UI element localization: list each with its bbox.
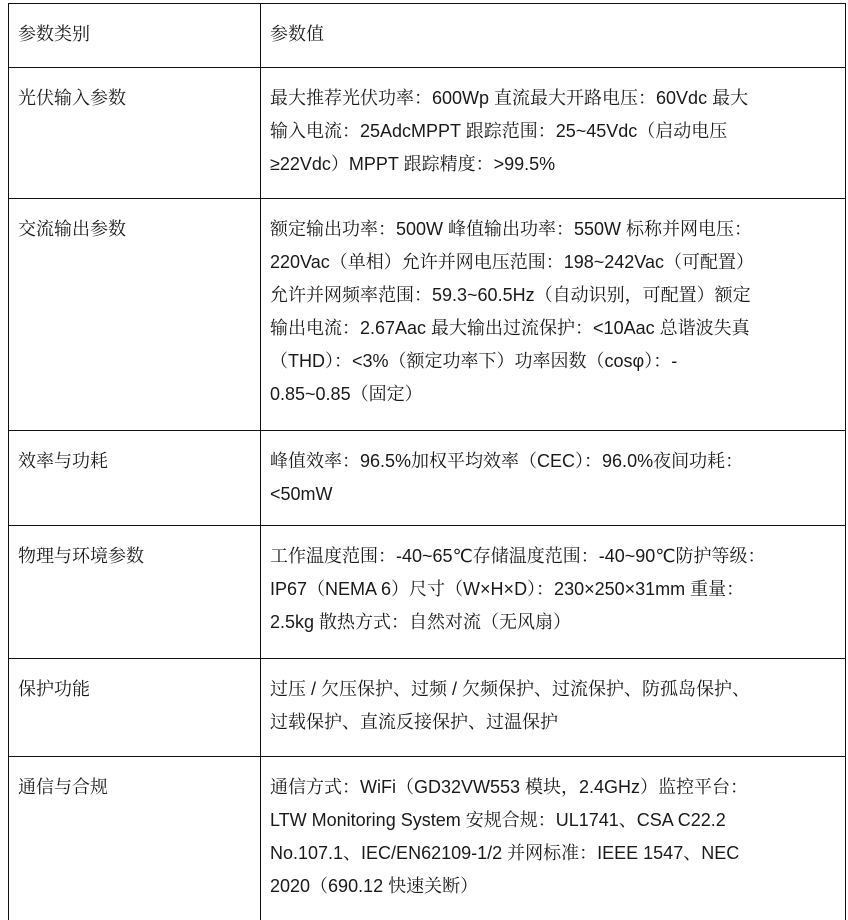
value-line: 2.5kg 散热方式：自然对流（无风扇） bbox=[270, 606, 835, 639]
value-cell: 通信方式：WiFi（GD32VW553 模块，2.4GHz）监控平台： LTW … bbox=[261, 757, 846, 920]
value-line: 2020（690.12 快速关断） bbox=[270, 870, 835, 903]
value-cell: 过压 / 欠压保护、过频 / 欠频保护、过流保护、防孤岛保护、 过载保护、直流反… bbox=[261, 659, 846, 757]
category-cell: 效率与功耗 bbox=[9, 431, 261, 526]
category-label: 物理与环境参数 bbox=[9, 526, 260, 587]
value-text: 通信方式：WiFi（GD32VW553 模块，2.4GHz）监控平台： LTW … bbox=[261, 757, 845, 917]
value-line: LTW Monitoring System 安规合规：UL1741、CSA C2… bbox=[270, 804, 835, 837]
table-row-communication: 通信与合规 通信方式：WiFi（GD32VW553 模块，2.4GHz）监控平台… bbox=[9, 757, 846, 920]
table-row-ac-output: 交流输出参数 额定输出功率：500W 峰值输出功率：550W 标称并网电压： 2… bbox=[9, 199, 846, 431]
value-line: 过载保护、直流反接保护、过温保护 bbox=[270, 706, 835, 739]
table-row-pv-input: 光伏输入参数 最大推荐光伏功率：600Wp 直流最大开路电压：60Vdc 最大 … bbox=[9, 68, 846, 199]
category-cell: 保护功能 bbox=[9, 659, 261, 757]
header-category-label: 参数类别 bbox=[9, 4, 260, 65]
value-line: 额定输出功率：500W 峰值输出功率：550W 标称并网电压： bbox=[270, 213, 835, 246]
value-line: 通信方式：WiFi（GD32VW553 模块，2.4GHz）监控平台： bbox=[270, 771, 835, 804]
table-row-efficiency: 效率与功耗 峰值效率：96.5%加权平均效率（CEC）：96.0%夜间功耗： <… bbox=[9, 431, 846, 526]
value-text: 最大推荐光伏功率：600Wp 直流最大开路电压：60Vdc 最大 输入电流：25… bbox=[261, 68, 845, 195]
value-line: <50mW bbox=[270, 478, 835, 511]
value-line: （THD）：<3%（额定功率下）功率因数（cosφ）：- bbox=[270, 345, 835, 378]
header-value-label: 参数值 bbox=[261, 4, 845, 65]
value-text: 额定输出功率：500W 峰值输出功率：550W 标称并网电压： 220Vac（单… bbox=[261, 199, 845, 425]
value-line: 输出电流：2.67Aac 最大输出过流保护：<10Aac 总谐波失真 bbox=[270, 312, 835, 345]
value-line: 过压 / 欠压保护、过频 / 欠频保护、过流保护、防孤岛保护、 bbox=[270, 673, 835, 706]
value-line: No.107.1、IEC/EN62109-1/2 并网标准：IEEE 1547、… bbox=[270, 837, 835, 870]
category-label: 交流输出参数 bbox=[9, 199, 260, 260]
header-cell-value: 参数值 bbox=[261, 4, 846, 68]
value-cell: 工作温度范围：-40~65℃存储温度范围：-40~90℃防护等级： IP67（N… bbox=[261, 526, 846, 659]
value-line: 最大推荐光伏功率：600Wp 直流最大开路电压：60Vdc 最大 bbox=[270, 82, 835, 115]
table-row-physical-env: 物理与环境参数 工作温度范围：-40~65℃存储温度范围：-40~90℃防护等级… bbox=[9, 526, 846, 659]
value-line: 0.85~0.85（固定） bbox=[270, 378, 835, 411]
header-cell-category: 参数类别 bbox=[9, 4, 261, 68]
table-header-row: 参数类别 参数值 bbox=[9, 4, 846, 68]
category-label: 光伏输入参数 bbox=[9, 68, 260, 129]
value-line: ≥22Vdc）MPPT 跟踪精度：>99.5% bbox=[270, 148, 835, 181]
spec-table: 参数类别 参数值 光伏输入参数 最大推荐光伏功率：600Wp 直流最大开路电压：… bbox=[8, 3, 846, 920]
value-line: 工作温度范围：-40~65℃存储温度范围：-40~90℃防护等级： bbox=[270, 540, 835, 573]
value-text: 工作温度范围：-40~65℃存储温度范围：-40~90℃防护等级： IP67（N… bbox=[261, 526, 845, 653]
value-text: 过压 / 欠压保护、过频 / 欠频保护、过流保护、防孤岛保护、 过载保护、直流反… bbox=[261, 659, 845, 753]
value-line: IP67（NEMA 6）尺寸（W×H×D）：230×250×31mm 重量： bbox=[270, 573, 835, 606]
category-cell: 物理与环境参数 bbox=[9, 526, 261, 659]
table-row-protection: 保护功能 过压 / 欠压保护、过频 / 欠频保护、过流保护、防孤岛保护、 过载保… bbox=[9, 659, 846, 757]
category-cell: 通信与合规 bbox=[9, 757, 261, 920]
category-label: 通信与合规 bbox=[9, 757, 260, 818]
category-label: 效率与功耗 bbox=[9, 431, 260, 492]
value-text: 峰值效率：96.5%加权平均效率（CEC）：96.0%夜间功耗： <50mW bbox=[261, 431, 845, 525]
category-cell: 光伏输入参数 bbox=[9, 68, 261, 199]
category-label: 保护功能 bbox=[9, 659, 260, 720]
value-line: 峰值效率：96.5%加权平均效率（CEC）：96.0%夜间功耗： bbox=[270, 445, 835, 478]
value-cell: 额定输出功率：500W 峰值输出功率：550W 标称并网电压： 220Vac（单… bbox=[261, 199, 846, 431]
value-line: 220Vac（单相）允许并网电压范围：198~242Vac（可配置） bbox=[270, 246, 835, 279]
category-cell: 交流输出参数 bbox=[9, 199, 261, 431]
value-cell: 最大推荐光伏功率：600Wp 直流最大开路电压：60Vdc 最大 输入电流：25… bbox=[261, 68, 846, 199]
value-line: 允许并网频率范围：59.3~60.5Hz（自动识别，可配置）额定 bbox=[270, 279, 835, 312]
value-line: 输入电流：25AdcMPPT 跟踪范围：25~45Vdc（启动电压 bbox=[270, 115, 835, 148]
value-cell: 峰值效率：96.5%加权平均效率（CEC）：96.0%夜间功耗： <50mW bbox=[261, 431, 846, 526]
